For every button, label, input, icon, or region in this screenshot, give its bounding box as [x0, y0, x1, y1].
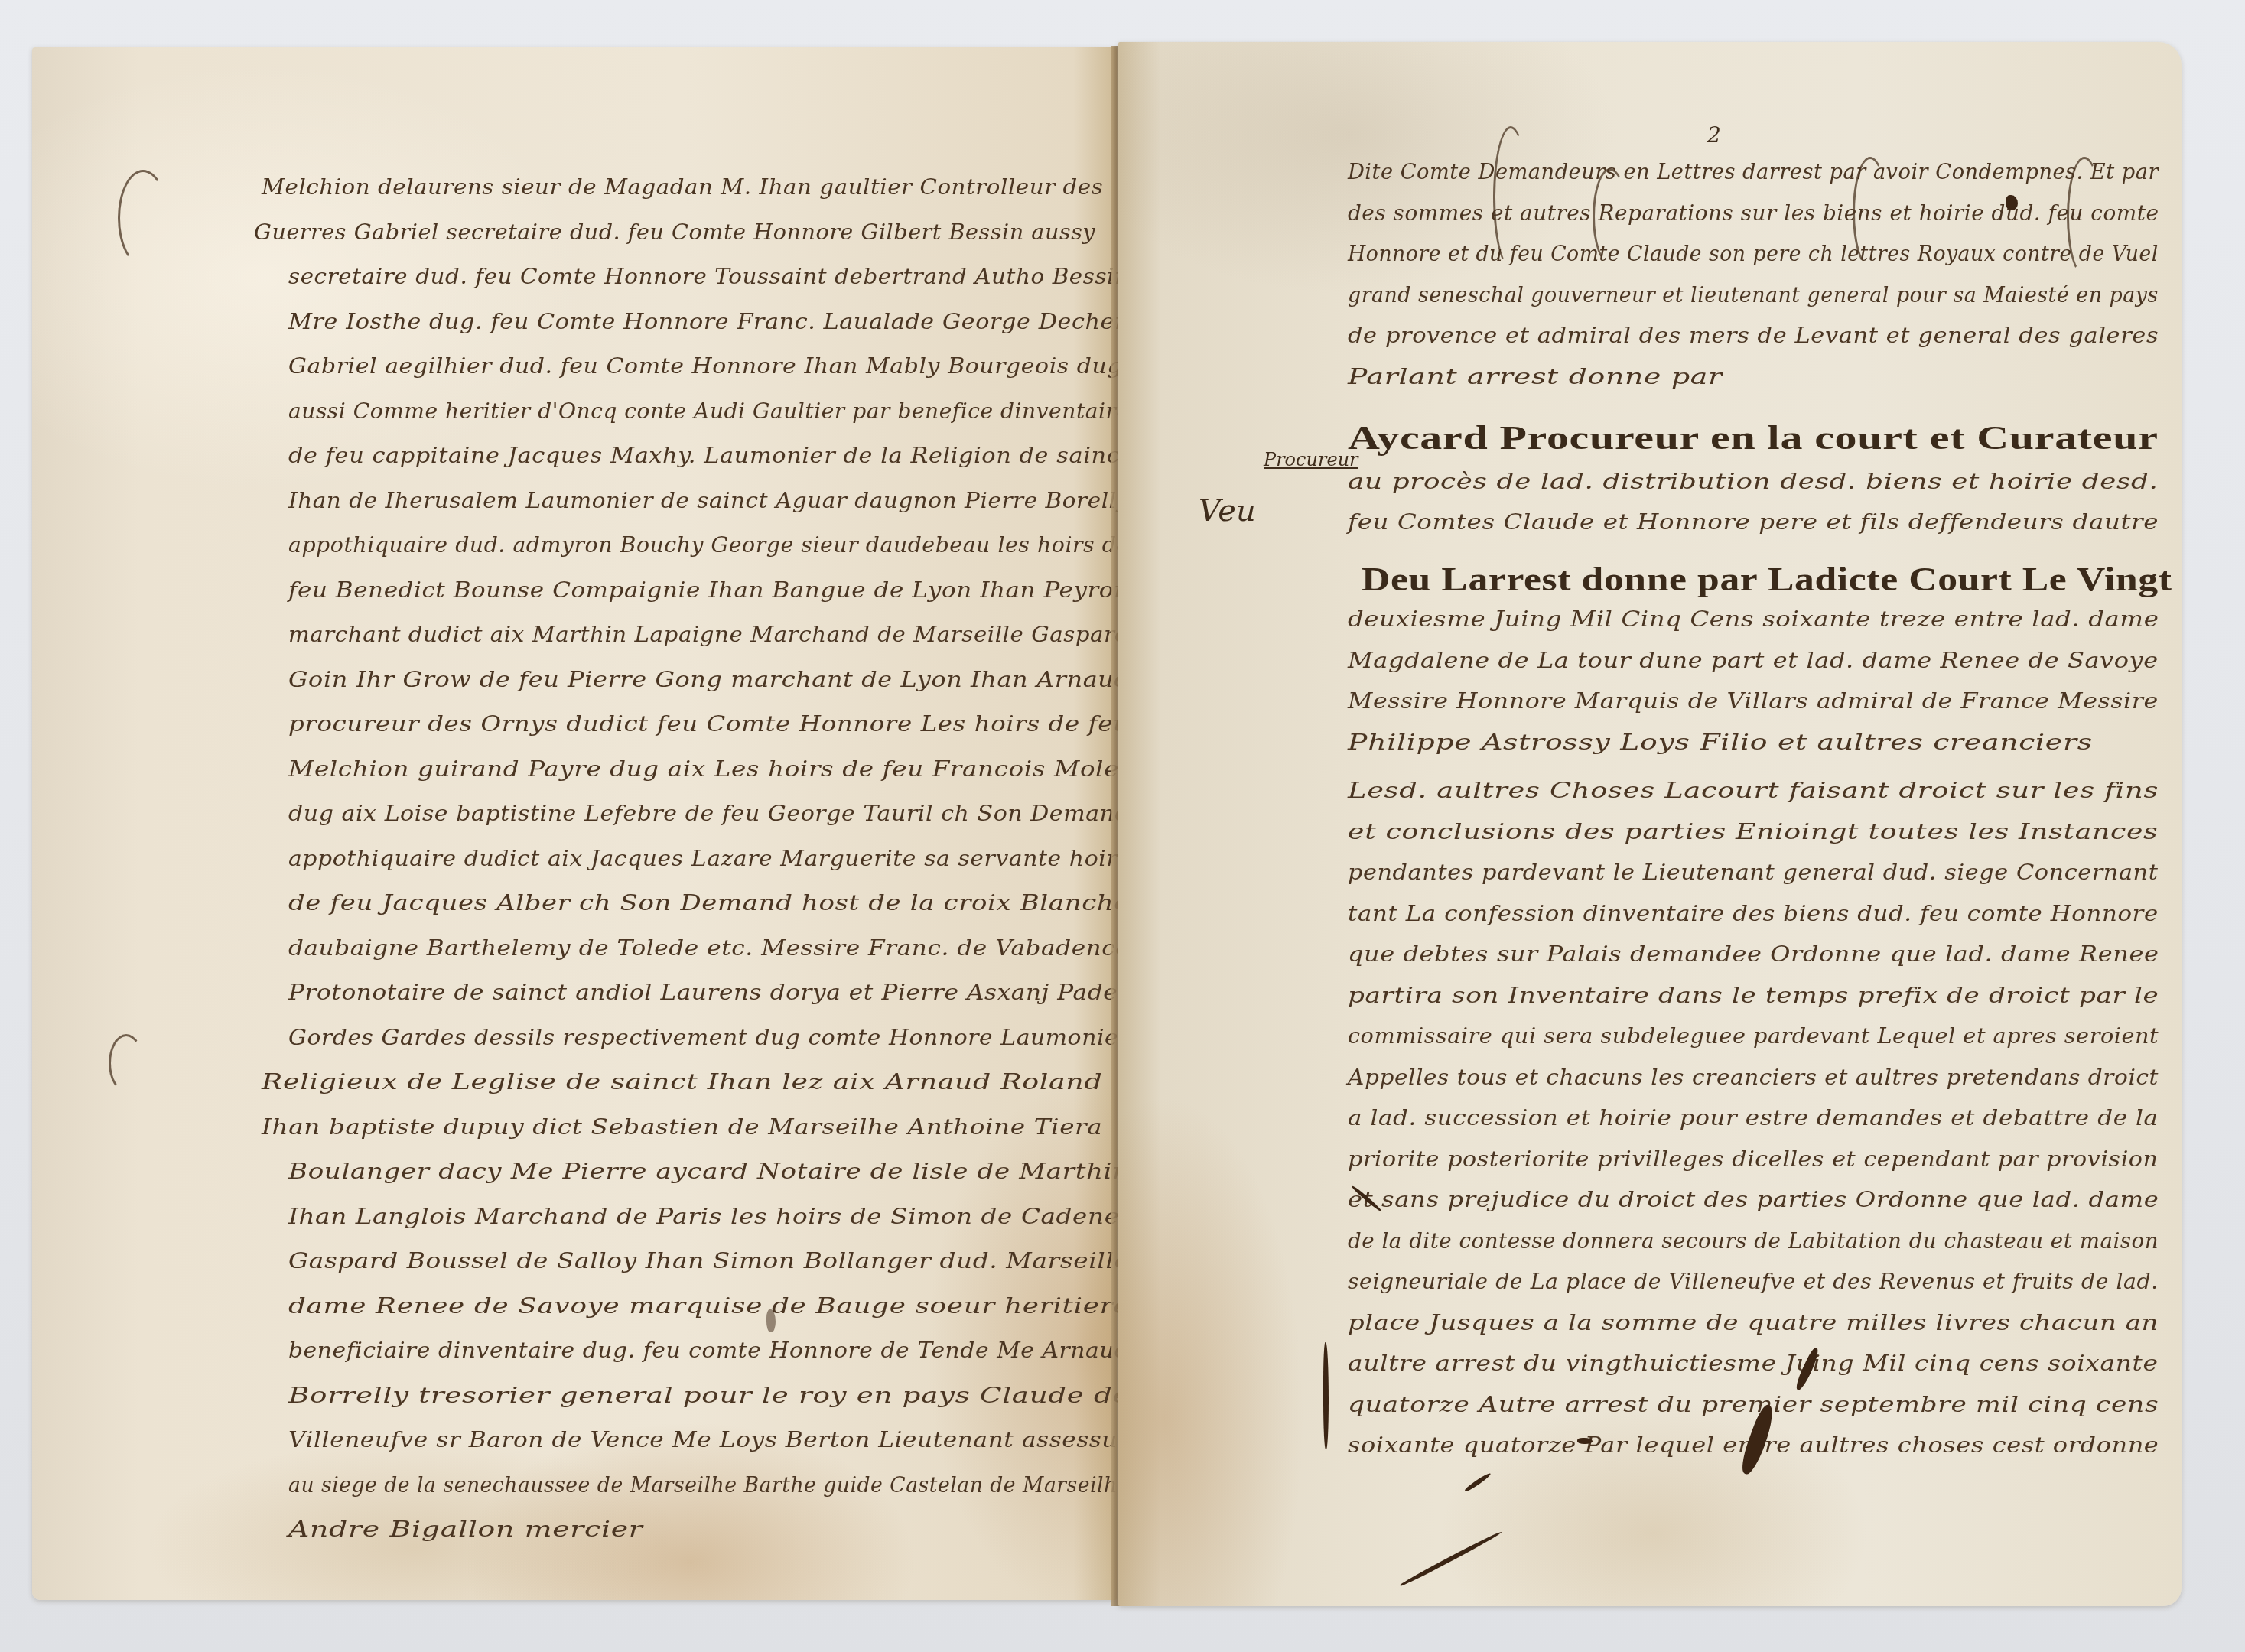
- manuscript-line: au procès de lad. distribution desd. bie…: [1348, 470, 2159, 494]
- manuscript-line: Magdalene de La tour dune part et lad. d…: [1348, 649, 2159, 673]
- manuscript-line: partira son Inventaire dans le temps pre…: [1348, 984, 2159, 1008]
- flourish-top-2: [1593, 168, 1628, 265]
- manuscript-line: marchant dudict aix Marthin Lapaigne Mar…: [288, 623, 1130, 647]
- manuscript-line: commissaire qui sera subdeleguee pardeva…: [1348, 1025, 2159, 1049]
- manuscript-line: au siege de la senechaussee de Marseilhe…: [288, 1474, 1130, 1498]
- flourish-top-3: [1853, 157, 1888, 268]
- manuscript-line: de la dite contesse donnera secours de L…: [1348, 1230, 2159, 1254]
- manuscript-line: Dite Comte Demandeurs en Lettres darrest…: [1348, 161, 2159, 184]
- right-page: 2 Procureur Veu Dite Comte Demandeurs en…: [1118, 42, 2182, 1606]
- manuscript-line: Borrelly tresorier general pour le roy e…: [288, 1384, 1130, 1408]
- manuscript-line: Gabriel aegilhier dud. feu Comte Honnore…: [288, 355, 1130, 379]
- manuscript-line: tant La confession dinventaire des biens…: [1348, 902, 2159, 926]
- manuscript-line: Aycard Procureur en la court et Curateur: [1348, 418, 2159, 457]
- manuscript-line: beneficiaire dinventaire dug. feu comte …: [288, 1339, 1130, 1363]
- page-number: 2: [1707, 122, 1721, 148]
- manuscript-line: Honnore et du feu Comte Claude son pere …: [1348, 242, 2159, 266]
- manuscript-line: feu Benedict Bounse Compaignie Ihan Bang…: [288, 579, 1130, 603]
- manuscript-line: priorite posteriorite privilleges dicell…: [1348, 1148, 2159, 1172]
- manuscript-line: secretaire dud. feu Comte Honnore Toussa…: [288, 265, 1130, 289]
- manuscript-line: quatorze Autre arrest du premier septemb…: [1348, 1393, 2159, 1417]
- manuscript-line: place Jusques a la somme de quatre mille…: [1348, 1312, 2159, 1335]
- manuscript-line: Ihan Langlois Marchand de Paris les hoir…: [288, 1205, 1130, 1229]
- manuscript-line: Messire Honnore Marquis de Villars admir…: [1348, 690, 2159, 714]
- manuscript-line: Deu Larrest donne par Ladicte Court Le V…: [1362, 560, 2172, 599]
- ink-mark-vertical: [1323, 1342, 1329, 1449]
- flourish-top-1: [1493, 126, 1528, 268]
- manuscript-line: Boulanger dacy Me Pierre aycard Notaire …: [288, 1160, 1130, 1184]
- margin-note-procureur: Procureur: [1264, 449, 1358, 470]
- manuscript-line: grand seneschal gouverneur et lieutenant…: [1348, 284, 2159, 307]
- ink-blot: [1399, 1530, 1502, 1588]
- manuscript-line: des sommes et autres Reparations sur les…: [1348, 202, 2159, 226]
- manuscript-line: Guerres Gabriel secretaire dud. feu Comt…: [254, 221, 1095, 245]
- left-page: Melchion delaurens sieur de Magadan M. I…: [32, 47, 1117, 1600]
- manuscript-line: pendantes pardevant le Lieutenant genera…: [1348, 861, 2158, 885]
- manuscript-line: daubaigne Barthelemy de Tolede etc. Mess…: [288, 937, 1130, 961]
- manuscript-line: Ihan baptiste dupuy dict Sebastien de Ma…: [262, 1116, 1102, 1140]
- manuscript-line: et conclusions des parties Enioingt tout…: [1348, 821, 2158, 844]
- manuscript-line: dame Renee de Savoye marquise de Bauge s…: [288, 1295, 1130, 1319]
- manuscript-line: appothiquaire dud. admyron Bouchy George…: [288, 534, 1130, 558]
- ink-blot: [2006, 195, 2018, 210]
- manuscript-line: Gaspard Boussel de Salloy Ihan Simon Bol…: [288, 1250, 1129, 1273]
- ink-mark: [766, 1309, 776, 1332]
- manuscript-line: Protonotaire de sainct andiol Laurens do…: [288, 981, 1130, 1005]
- manuscript-line: Villeneufve sr Baron de Vence Me Loys Be…: [288, 1429, 1129, 1452]
- manuscript-line: Gordes Gardes dessils respectivement dug…: [288, 1026, 1130, 1050]
- manuscript-line: Melchion delaurens sieur de Magadan M. I…: [262, 176, 1103, 200]
- manuscript-line: Religieux de Leglise de sainct Ihan lez …: [262, 1071, 1102, 1094]
- ink-blot: [1464, 1472, 1492, 1493]
- manuscript-line: Goin Ihr Grow de feu Pierre Gong marchan…: [288, 668, 1131, 692]
- manuscript-line: seigneuriale de La place de Villeneufve …: [1348, 1270, 2159, 1294]
- flourish-top-4: [2067, 157, 2102, 276]
- manuscript-line: que debtes sur Palais demandee Ordonne q…: [1348, 943, 2159, 967]
- manuscript-line: et sans prejudice du droict des parties …: [1348, 1189, 2159, 1212]
- manuscript-line: dug aix Loise baptistine Lefebre de feu …: [288, 802, 1130, 826]
- manuscript-line: a lad. succession et hoirie pour estre d…: [1348, 1107, 2159, 1130]
- ink-blot: [1577, 1438, 1593, 1444]
- manuscript-line: Mre Iosthe dug. feu Comte Honnore Franc.…: [288, 311, 1130, 334]
- flourish-initial-m: [118, 170, 168, 266]
- flourish-bracket: [109, 1034, 144, 1092]
- manuscript-line: Melchion guirand Payre dug aix Les hoirs…: [288, 758, 1130, 782]
- manuscript-line: aussi Comme heritier d'Oncq conte Audi G…: [288, 400, 1130, 424]
- manuscript-line: Lesd. aultres Choses Lacourt faisant dro…: [1348, 779, 2159, 803]
- manuscript-line: Andre Bigallon mercier: [288, 1518, 643, 1542]
- manuscript-line: feu Comtes Claude et Honnore pere et fil…: [1348, 511, 2159, 535]
- manuscript-line: aultre arrest du vingthuictiesme Juing M…: [1348, 1352, 2159, 1376]
- manuscript-line: de feu cappitaine Jacques Maxhy. Laumoni…: [288, 444, 1130, 468]
- manuscript-line: Parlant arrest donne par: [1348, 366, 1723, 389]
- manuscript-line: de feu Jacques Alber ch Son Demand host …: [288, 892, 1130, 915]
- manuscript-line: Appelles tous et chacuns les creanciers …: [1348, 1066, 2159, 1090]
- manuscript-line: de provence et admiral des mers de Levan…: [1348, 324, 2159, 348]
- manuscript-line: deuxiesme Juing Mil Cinq Cens soixante t…: [1348, 608, 2159, 632]
- manuscript-line: appothiquaire dudict aix Jacques Lazare …: [288, 847, 1130, 871]
- margin-note-veu: Veu: [1199, 493, 1256, 528]
- manuscript-line: Ihan de Iherusalem Laumonier de sainct A…: [288, 489, 1130, 513]
- manuscript-line: Philippe Astrossy Loys Filio et aultres …: [1348, 731, 2093, 755]
- manuscript-line: procureur des Ornys dudict feu Comte Hon…: [288, 713, 1129, 737]
